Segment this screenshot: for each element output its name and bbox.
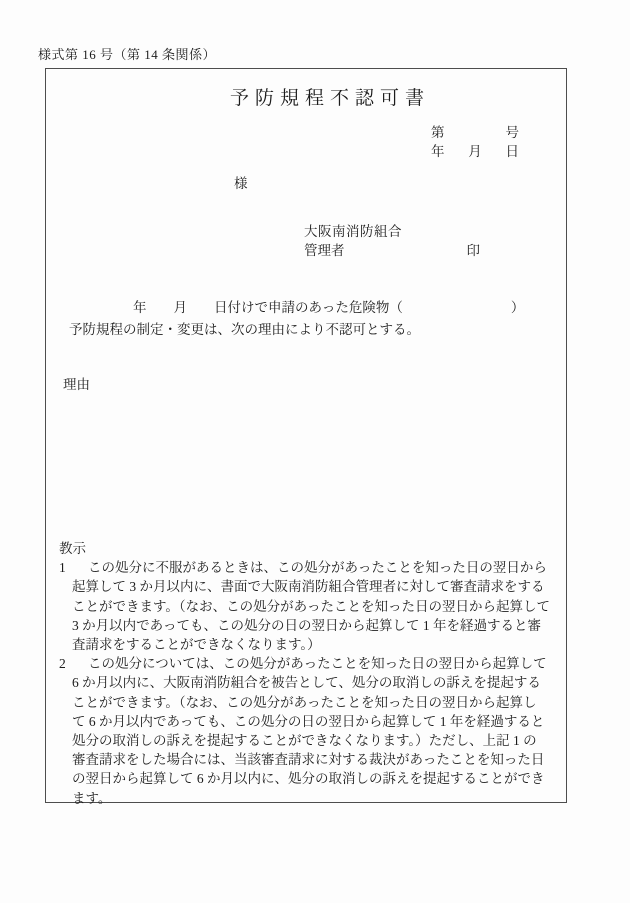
instruction-item-1-number: 1	[59, 558, 88, 577]
instruction-item-1-line-2: 起算して 3 か月以内に、書面で大阪南消防組合管理者に対して審査請求をする	[59, 577, 565, 596]
issuer-title: 管理者	[304, 239, 345, 259]
document-number-row: 第 号	[431, 121, 519, 141]
form-number-label: 様式第 16 号（第 14 条関係）	[38, 44, 216, 63]
document-border-box: 予防規程不認可書 第 号 年 月 日 様 大阪南消防組合 管理者 印 年 月 日…	[45, 68, 567, 803]
issuer-title-row: 管理者 印	[304, 239, 480, 259]
addressee-honorific: 様	[234, 172, 248, 192]
instructions-heading: 教示	[59, 539, 565, 558]
issuer-organization: 大阪南消防組合	[304, 220, 402, 240]
doc-number-prefix: 第	[431, 121, 445, 141]
instruction-item-1-line-4: 3 か月以内であっても、この処分の日の翌日から起算して 1 年を経過すると審	[59, 616, 565, 635]
instruction-item-2-line-1: 2この処分については、この処分があったことを知った日の翌日から起算して	[59, 654, 565, 673]
instruction-item-2-line-4: て 6 か月以内であっても、この処分の日の翌日から起算して 1 年を経過すると	[59, 712, 565, 731]
instructions-section: 教示 1この処分に不服があるときは、この処分があったことを知った日の翌日から 起…	[59, 539, 565, 808]
instruction-item-2-line-2: 6 か月以内に、大阪南消防組合を被告として、処分の取消しの訴えを提起する	[59, 673, 565, 692]
instruction-item-2-line-8: ます。	[59, 789, 565, 808]
instruction-item-1-line-1: 1この処分に不服があるときは、この処分があったことを知った日の翌日から	[59, 558, 565, 577]
instruction-item-2-text: この処分については、この処分があったことを知った日の翌日から起算して	[88, 656, 547, 671]
instruction-item-1-text: この処分に不服があるときは、この処分があったことを知った日の翌日から	[88, 560, 547, 575]
instruction-item-2-line-6: 審査請求をした場合には、当該審査請求に対する裁決があったことを知った日	[59, 750, 565, 769]
instruction-item-2-line-7: の翌日から起算して 6 か月以内に、処分の取消しの訴えを提起することができ	[59, 769, 565, 788]
date-row: 年 月 日	[431, 140, 519, 160]
instruction-item-2-line-3: ことができます。（なお、この処分があったことを知った日の翌日から起算し	[59, 693, 565, 712]
instruction-item-2-number: 2	[59, 654, 88, 673]
instruction-item-2-line-5: 処分の取消しの訴えを提起することができなくなります。）ただし、上記 1 の	[59, 731, 565, 750]
document-page: 様式第 16 号（第 14 条関係） 予防規程不認可書 第 号 年 月 日 様 …	[0, 0, 630, 903]
document-title: 予防規程不認可書	[70, 83, 590, 110]
doc-number-suffix: 号	[506, 121, 520, 141]
seal-placeholder: 印	[467, 239, 481, 259]
reason-label: 理由	[63, 373, 90, 393]
instruction-item-1-line-3: ことができます。（なお、この処分があったことを知った日の翌日から起算して	[59, 597, 565, 616]
body-line-1: 年 月 日付けで申請のあった危険物（ ）	[133, 296, 524, 316]
body-line-2: 予防規程の制定・変更は、次の理由により不認可とする。	[69, 318, 420, 338]
date-month-label: 月	[468, 140, 482, 160]
instruction-item-1-line-5: 査請求をすることができなくなります。）	[59, 635, 565, 654]
date-year-label: 年	[431, 140, 445, 160]
date-day-label: 日	[506, 140, 520, 160]
